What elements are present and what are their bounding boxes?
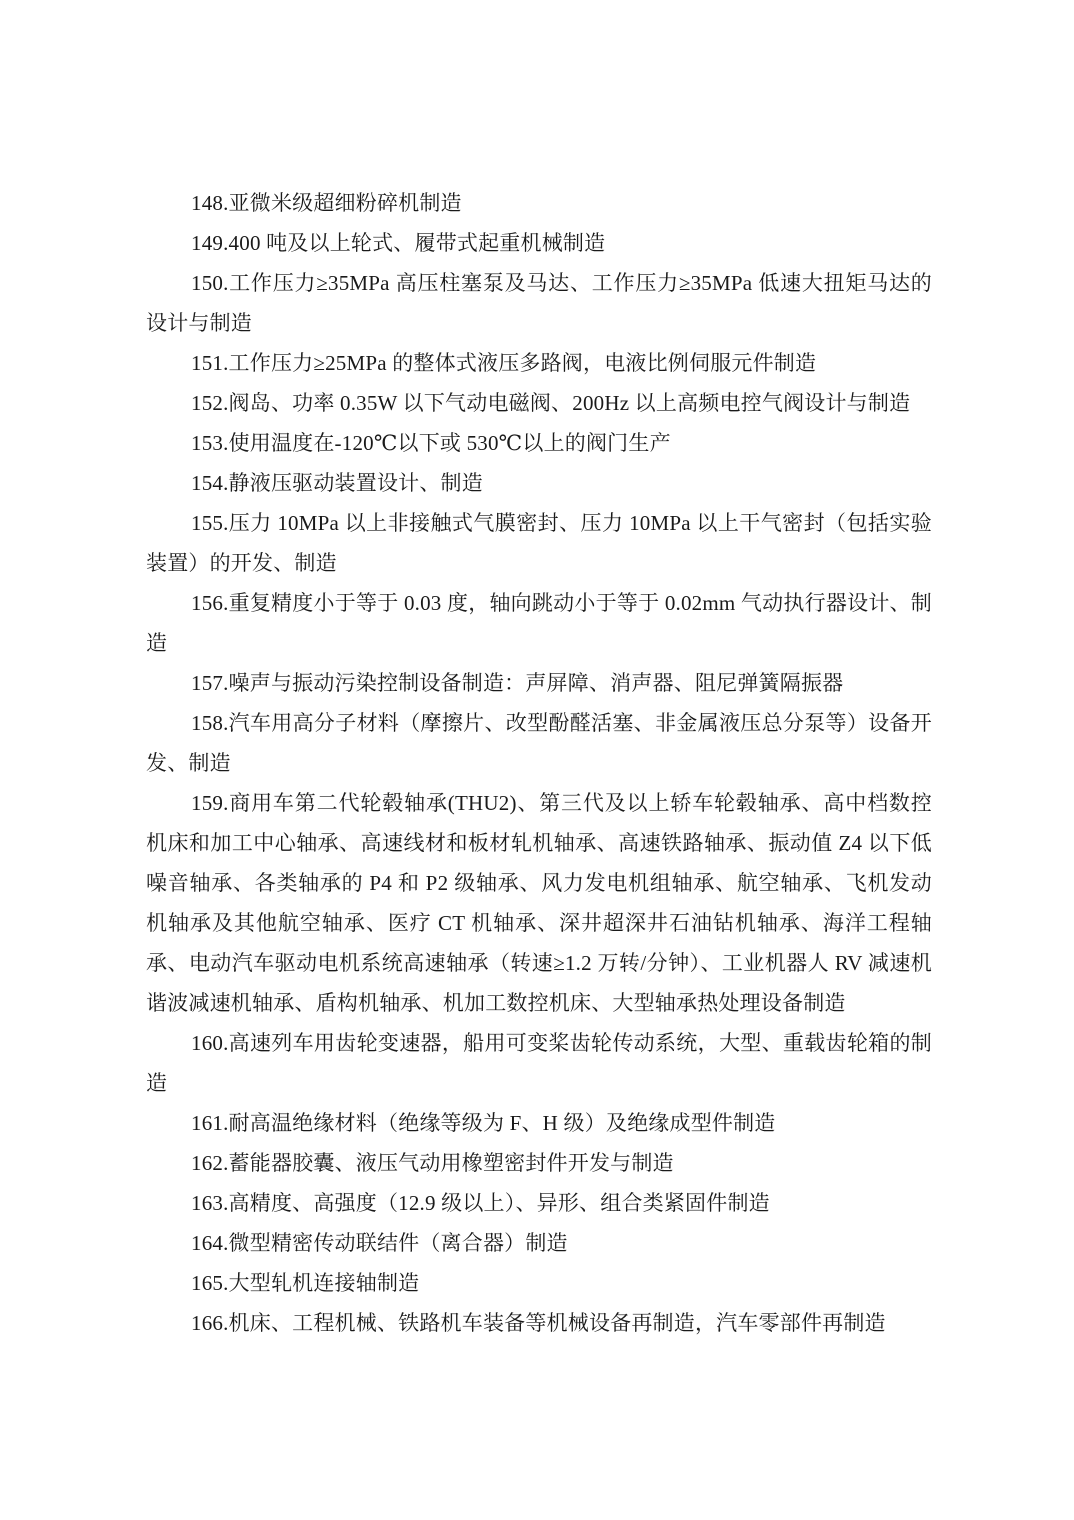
list-item-161: 161.耐高温绝缘材料（绝缘等级为 F、H 级）及绝缘成型件制造 bbox=[146, 1103, 932, 1143]
list-item-148: 148.亚微米级超细粉碎机制造 bbox=[146, 183, 932, 223]
list-item-166: 166.机床、工程机械、铁路机车装备等机械设备再制造，汽车零部件再制造 bbox=[146, 1303, 932, 1343]
list-item-149: 149.400 吨及以上轮式、履带式起重机械制造 bbox=[146, 223, 932, 263]
list-item-164: 164.微型精密传动联结件（离合器）制造 bbox=[146, 1223, 932, 1263]
list-item-163: 163.高精度、高强度（12.9 级以上）、异形、组合类紧固件制造 bbox=[146, 1183, 932, 1223]
list-item-154: 154.静液压驱动装置设计、制造 bbox=[146, 463, 932, 503]
list-item-155: 155.压力 10MPa 以上非接触式气膜密封、压力 10MPa 以上干气密封（… bbox=[146, 503, 932, 583]
list-item-153: 153.使用温度在-120℃以下或 530℃以上的阀门生产 bbox=[146, 423, 932, 463]
document-page: 148.亚微米级超细粉碎机制造 149.400 吨及以上轮式、履带式起重机械制造… bbox=[146, 183, 932, 1343]
list-item-165: 165.大型轧机连接轴制造 bbox=[146, 1263, 932, 1303]
list-item-151: 151.工作压力≥25MPa 的整体式液压多路阀，电液比例伺服元件制造 bbox=[146, 343, 932, 383]
list-item-150: 150.工作压力≥35MPa 高压柱塞泵及马达、工作压力≥35MPa 低速大扭矩… bbox=[146, 263, 932, 343]
list-item-160: 160.高速列车用齿轮变速器，船用可变桨齿轮传动系统，大型、重载齿轮箱的制造 bbox=[146, 1023, 932, 1103]
list-item-157: 157.噪声与振动污染控制设备制造：声屏障、消声器、阻尼弹簧隔振器 bbox=[146, 663, 932, 703]
list-item-152: 152.阀岛、功率 0.35W 以下气动电磁阀、200Hz 以上高频电控气阀设计… bbox=[146, 383, 932, 423]
list-item-156: 156.重复精度小于等于 0.03 度，轴向跳动小于等于 0.02mm 气动执行… bbox=[146, 583, 932, 663]
list-item-159: 159.商用车第二代轮毂轴承(THU2)、第三代及以上轿车轮毂轴承、高中档数控机… bbox=[146, 783, 932, 1023]
list-item-162: 162.蓄能器胶囊、液压气动用橡塑密封件开发与制造 bbox=[146, 1143, 932, 1183]
list-item-158: 158.汽车用高分子材料（摩擦片、改型酚醛活塞、非金属液压总分泵等）设备开发、制… bbox=[146, 703, 932, 783]
